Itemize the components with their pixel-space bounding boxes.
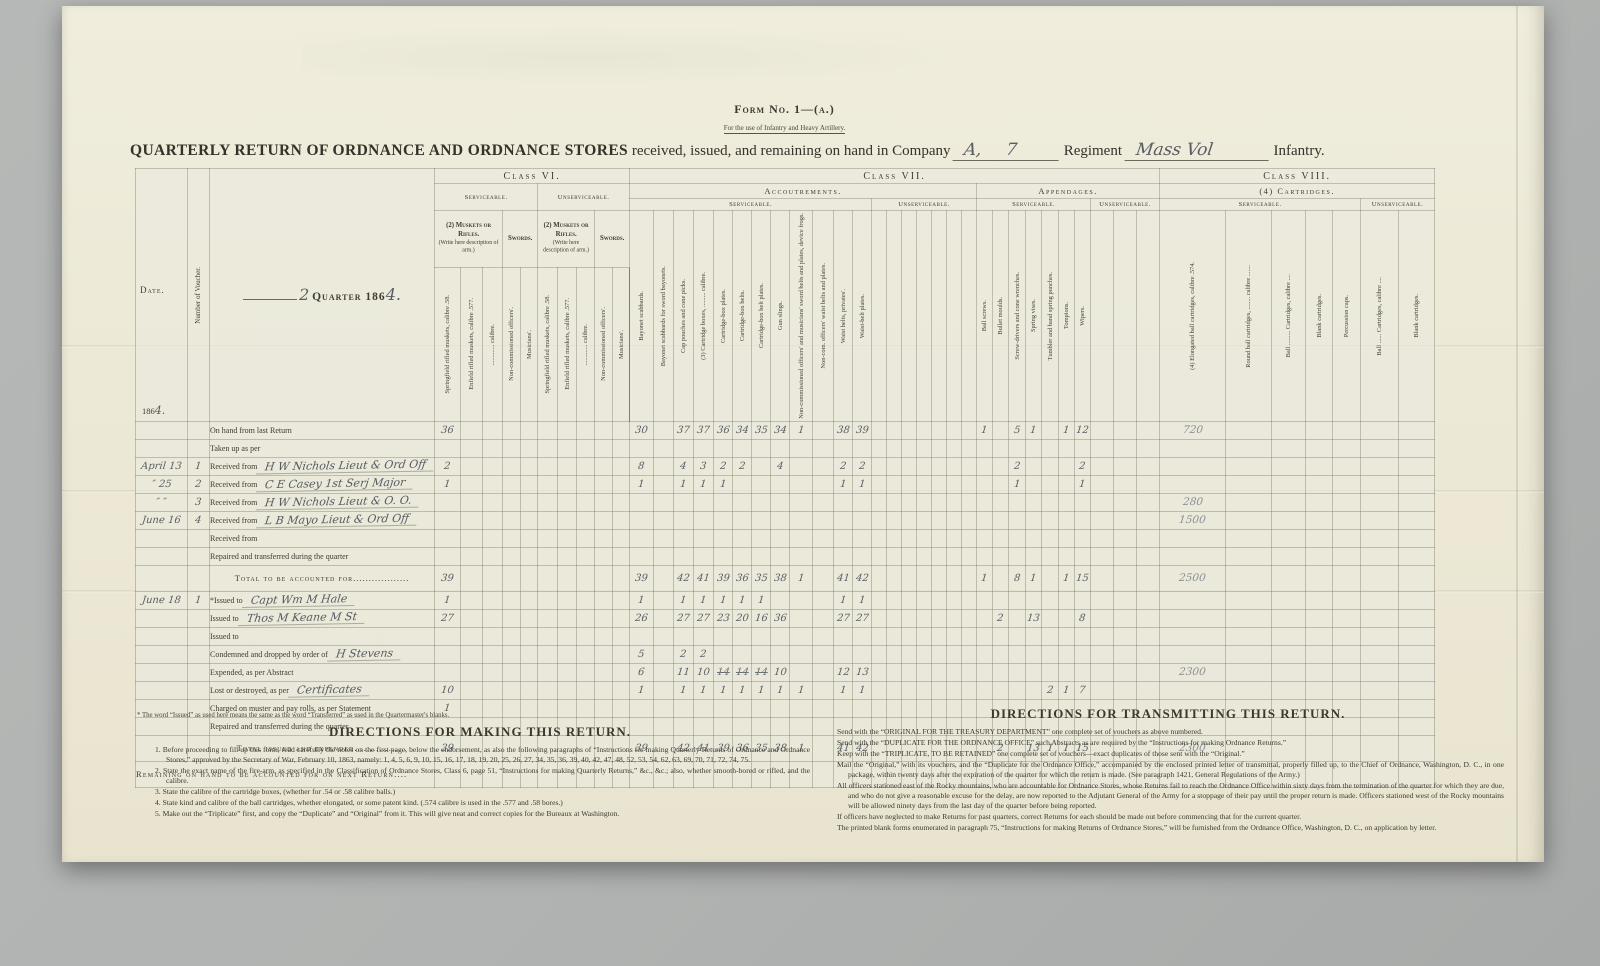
value-cell [483,421,503,439]
value-cell [461,627,483,645]
row-label: *Issued toCapt Wm M Hale [210,591,435,609]
value-cell [521,457,538,475]
value-cell [1333,547,1361,565]
value-cell: 1 [694,681,714,699]
value-cell [1226,439,1272,457]
value-cell: 14 [733,663,752,681]
arm-group-header: (2) Muskets or Rifles.(Write here descri… [435,211,503,268]
value-cell [932,439,947,457]
value-cell [993,421,1009,439]
voucher-cell [188,421,210,439]
value-cell: 1 [752,591,771,609]
value-cell [1075,493,1091,511]
value-cell: 1 [733,591,752,609]
value-cell [1306,493,1333,511]
value-cell: 27 [435,609,461,627]
value-cell [483,475,503,493]
value-cell: 280 [1160,493,1226,511]
value-cell [613,439,630,457]
value-cell [461,529,483,547]
value-cell: 1 [630,475,654,493]
value-cell [1026,681,1042,699]
regiment-entry: Mass Vol [1124,140,1271,161]
value-cell: 1 [694,591,714,609]
value-cell [1137,421,1160,439]
direction-item: 5. Make out the “Triplicate” first, and … [150,809,810,819]
value-cell [714,529,733,547]
value-cell [1114,663,1137,681]
directions-transmitting-section: DIRECTIONS FOR TRANSMITTING THIS RETURN.… [832,706,1504,834]
value-cell [483,529,503,547]
value-cell [461,439,483,457]
value-cell: 6 [630,663,654,681]
directions-transmitting-list: Send with the “ORIGINAL FOR THE TREASURY… [832,727,1504,833]
value-cell [577,421,595,439]
value-cell: 1 [733,681,752,699]
value-cell [752,439,771,457]
value-cell [558,645,577,663]
value-cell [1009,439,1026,457]
value-cell: 36 [771,609,790,627]
value-cell [1075,439,1091,457]
value-cell [1361,609,1399,627]
blank-column-header [962,211,977,422]
value-cell: 1 [1059,681,1075,699]
class-header: Class VIII. [1160,169,1435,184]
table-row: Taken up as per [136,439,1435,457]
value-cell [752,511,771,529]
value-cell [595,439,613,457]
direction-item: Send with the “DUPLICATE FOR THE ORDNANC… [832,738,1504,748]
value-cell [595,529,613,547]
value-cell [932,511,947,529]
value-cell [674,511,694,529]
column-header: Spring vises. [1026,211,1042,422]
table-row: June 181*Issued toCapt Wm M Hale11111111… [136,591,1435,609]
value-cell [630,699,654,717]
value-cell [1075,511,1091,529]
value-cell [1306,565,1333,591]
value-cell: 37 [694,421,714,439]
value-cell: 1 [435,591,461,609]
value-cell [595,591,613,609]
value-cell: 1 [1075,475,1091,493]
value-cell [993,663,1009,681]
date-cell [136,565,188,591]
value-cell [733,475,752,493]
value-cell [932,529,947,547]
value-cell [902,627,917,645]
value-cell [790,529,813,547]
value-cell [595,627,613,645]
title-rest: received, issued, and remaining on hand … [628,143,954,159]
value-cell [1137,529,1160,547]
value-cell [1114,681,1137,699]
value-cell [790,547,813,565]
value-cell [977,663,993,681]
value-cell: 37 [674,421,694,439]
value-cell [733,493,752,511]
value-cell: 10 [694,663,714,681]
value-cell [538,591,558,609]
value-cell [521,681,538,699]
value-cell: 34 [733,421,752,439]
value-cell [752,475,771,493]
value-cell [1075,627,1091,645]
value-cell [1137,645,1160,663]
value-cell [1272,645,1306,663]
value-cell [1361,475,1399,493]
value-cell [1114,645,1137,663]
value-cell [902,421,917,439]
value-cell [887,475,902,493]
value-cell: 1 [834,475,853,493]
column-header: Non-commissioned officers' and musicians… [790,211,813,422]
value-cell [834,529,853,547]
value-cell [853,493,872,511]
voucher-cell: 4 [188,511,210,529]
value-cell [558,663,577,681]
value-cell [558,681,577,699]
value-cell [1026,529,1042,547]
table-row: ″ 252Received fromC E Casey 1st Serj Maj… [136,475,1435,493]
value-cell [595,457,613,475]
value-cell: 1 [853,681,872,699]
date-cell [136,681,188,699]
value-cell [654,627,674,645]
value-cell [993,529,1009,547]
value-cell [1114,547,1137,565]
value-cell [887,511,902,529]
value-cell [538,627,558,645]
value-cell [1091,529,1114,547]
value-cell [1114,565,1137,591]
value-cell [917,609,932,627]
value-cell [461,591,483,609]
value-cell [887,421,902,439]
value-cell [461,421,483,439]
value-cell [1361,663,1399,681]
value-cell [733,627,752,645]
column-header: Springfield rifled muskets, calibre .58. [435,267,461,421]
table-row: Received from [136,529,1435,547]
value-cell [1226,645,1272,663]
value-cell: 39 [714,565,733,591]
value-cell [962,421,977,439]
column-header: Cartridge-box belt plates. [752,211,771,422]
value-cell [1399,529,1435,547]
column-header: Musicians'. [521,267,538,421]
value-cell [1026,547,1042,565]
column-header: Cartridge-box belts. [733,211,752,422]
group-header: Unserviceable. [538,184,630,211]
value-cell [435,547,461,565]
value-cell [917,475,932,493]
value-cell: 8 [1009,565,1026,591]
value-cell [1026,493,1042,511]
value-cell [947,609,962,627]
title-bold: QUARTERLY RETURN OF ORDNANCE AND ORDNANC… [130,142,628,159]
value-cell [1059,439,1075,457]
value-cell [1333,511,1361,529]
value-cell [853,547,872,565]
value-cell [1114,475,1137,493]
value-cell [1272,565,1306,591]
value-cell [521,609,538,627]
column-header: (3) Cartridge boxes, ......... calibre. [694,211,714,422]
value-cell: 27 [834,609,853,627]
value-cell [461,475,483,493]
value-cell [1399,591,1435,609]
value-cell [1333,529,1361,547]
column-header: Enfield rifled muskets, calibre .577. [558,267,577,421]
voucher-cell [188,609,210,627]
ordnance-return-table: Date.1864.Number of Voucher.2 Quarter 18… [135,168,1435,788]
value-cell [1306,529,1333,547]
value-cell [771,699,790,717]
value-cell [538,663,558,681]
value-cell: 27 [674,609,694,627]
value-cell [1042,421,1059,439]
value-cell [917,627,932,645]
value-cell [538,493,558,511]
value-cell [1306,421,1333,439]
value-cell [630,529,654,547]
column-header: Round ball cartridges, ........ calibre … [1226,211,1272,422]
date-cell [136,627,188,645]
value-cell [577,439,595,457]
value-cell [1042,475,1059,493]
value-cell [503,493,521,511]
value-cell: 7 [1075,681,1091,699]
value-cell [947,475,962,493]
value-cell [461,565,483,591]
value-cell: 1 [714,475,733,493]
value-cell: 39 [435,565,461,591]
value-cell [977,591,993,609]
value-cell [538,609,558,627]
value-cell [947,457,962,475]
value-cell [1272,439,1306,457]
value-cell [1361,457,1399,475]
column-header: Bullet moulds. [993,211,1009,422]
value-cell [1306,591,1333,609]
value-cell [947,529,962,547]
value-cell [771,645,790,663]
value-cell [595,493,613,511]
value-cell [1091,663,1114,681]
value-cell: 1 [834,681,853,699]
date-cell [136,529,188,547]
value-cell: 1 [714,591,733,609]
blank-column-header [932,211,947,422]
value-cell [1042,627,1059,645]
row-label: Total to be accounted for...............… [210,565,435,591]
value-cell: 1 [771,681,790,699]
value-cell [917,511,932,529]
value-cell [503,565,521,591]
value-cell: 5 [1009,421,1026,439]
value-cell [1009,609,1026,627]
value-cell [1399,681,1435,699]
value-cell [813,511,834,529]
serviceability-header: Serviceable. [630,199,872,211]
value-cell [1361,627,1399,645]
value-cell [853,529,872,547]
value-cell [962,591,977,609]
value-cell [461,493,483,511]
value-cell [1075,645,1091,663]
value-cell [595,663,613,681]
value-cell [1042,457,1059,475]
value-cell [674,493,694,511]
value-cell [538,547,558,565]
blank-column-header [902,211,917,422]
value-cell [790,591,813,609]
column-header: Springfield rifled muskets, calibre .58. [538,267,558,421]
value-cell [1226,511,1272,529]
value-cell [1026,511,1042,529]
date-cell [136,547,188,565]
date-cell [136,421,188,439]
value-cell: 1 [694,475,714,493]
value-cell [902,457,917,475]
value-cell [483,609,503,627]
value-cell [630,511,654,529]
value-cell: 20 [733,609,752,627]
value-cell [834,439,853,457]
value-cell [461,645,483,663]
value-cell [993,457,1009,475]
value-cell [654,591,674,609]
value-cell [630,439,654,457]
value-cell [521,645,538,663]
value-cell [813,645,834,663]
value-cell [521,511,538,529]
value-cell [674,699,694,717]
value-cell: 10 [435,681,461,699]
value-cell [733,699,752,717]
value-cell [1160,457,1226,475]
row-label: Expended, as per Abstract [210,663,435,681]
value-cell [962,663,977,681]
value-cell [714,547,733,565]
value-cell [503,439,521,457]
value-cell [1333,609,1361,627]
value-cell [613,457,630,475]
value-cell [483,663,503,681]
value-cell [521,591,538,609]
value-cell [902,547,917,565]
value-cell: 2 [1042,681,1059,699]
value-cell [1399,421,1435,439]
value-cell [714,627,733,645]
value-cell [435,663,461,681]
value-cell [834,511,853,529]
value-cell [771,529,790,547]
value-cell: 39 [630,565,654,591]
blank-column-header [1091,211,1114,422]
value-cell [813,475,834,493]
value-cell [538,645,558,663]
value-cell [613,699,630,717]
value-cell: 35 [752,565,771,591]
value-cell [521,699,538,717]
directions-making-list: 1. Before proceeding to fill up this for… [150,745,810,819]
value-cell [503,591,521,609]
value-cell [977,475,993,493]
value-cell [947,493,962,511]
table-footnote: * The word “Issued” as used here means t… [137,712,449,719]
value-cell [1272,547,1306,565]
value-cell: 15 [1075,565,1091,591]
value-cell [1361,565,1399,591]
column-header: Tumbler and band spring punches. [1042,211,1059,422]
value-cell [813,493,834,511]
value-cell [1091,475,1114,493]
column-header: Cartridge-box plates. [714,211,733,422]
value-cell [1160,547,1226,565]
value-cell [771,475,790,493]
value-cell [1226,475,1272,493]
value-cell [1399,663,1435,681]
value-cell [752,493,771,511]
value-cell: 2 [1075,457,1091,475]
value-cell [674,627,694,645]
value-cell [813,591,834,609]
value-cell [902,591,917,609]
value-cell [962,681,977,699]
value-cell [1137,609,1160,627]
value-cell [1361,529,1399,547]
value-cell [752,699,771,717]
value-cell [1272,609,1306,627]
value-cell [977,439,993,457]
paper-sheet: Form No. 1—(a.) For the use of Infantry … [62,6,1544,862]
value-cell [1091,609,1114,627]
value-cell [654,475,674,493]
value-cell [813,457,834,475]
value-cell [977,627,993,645]
value-cell [595,681,613,699]
form-number: Form No. 1—(a.) [62,102,1507,117]
value-cell [1226,663,1272,681]
value-cell [771,511,790,529]
value-cell [872,511,887,529]
blank-column-header [917,211,932,422]
value-cell: 2 [714,457,733,475]
value-cell: 13 [853,663,872,681]
value-cell [1399,439,1435,457]
blank-entry: 7 [994,140,1061,161]
value-cell [461,663,483,681]
value-cell [521,627,538,645]
value-cell [483,627,503,645]
value-cell [521,565,538,591]
value-cell [577,645,595,663]
value-cell [1114,529,1137,547]
value-cell [771,493,790,511]
value-cell [932,609,947,627]
value-cell [752,627,771,645]
table-row: Repaired and transferred during the quar… [136,547,1435,565]
table-row: Expended, as per Abstract611101414141012… [136,663,1435,681]
value-cell: 1 [1059,565,1075,591]
value-cell: 2 [733,457,752,475]
value-cell [1333,663,1361,681]
direction-item: 1. Before proceeding to fill up this for… [150,745,810,765]
value-cell [1059,547,1075,565]
